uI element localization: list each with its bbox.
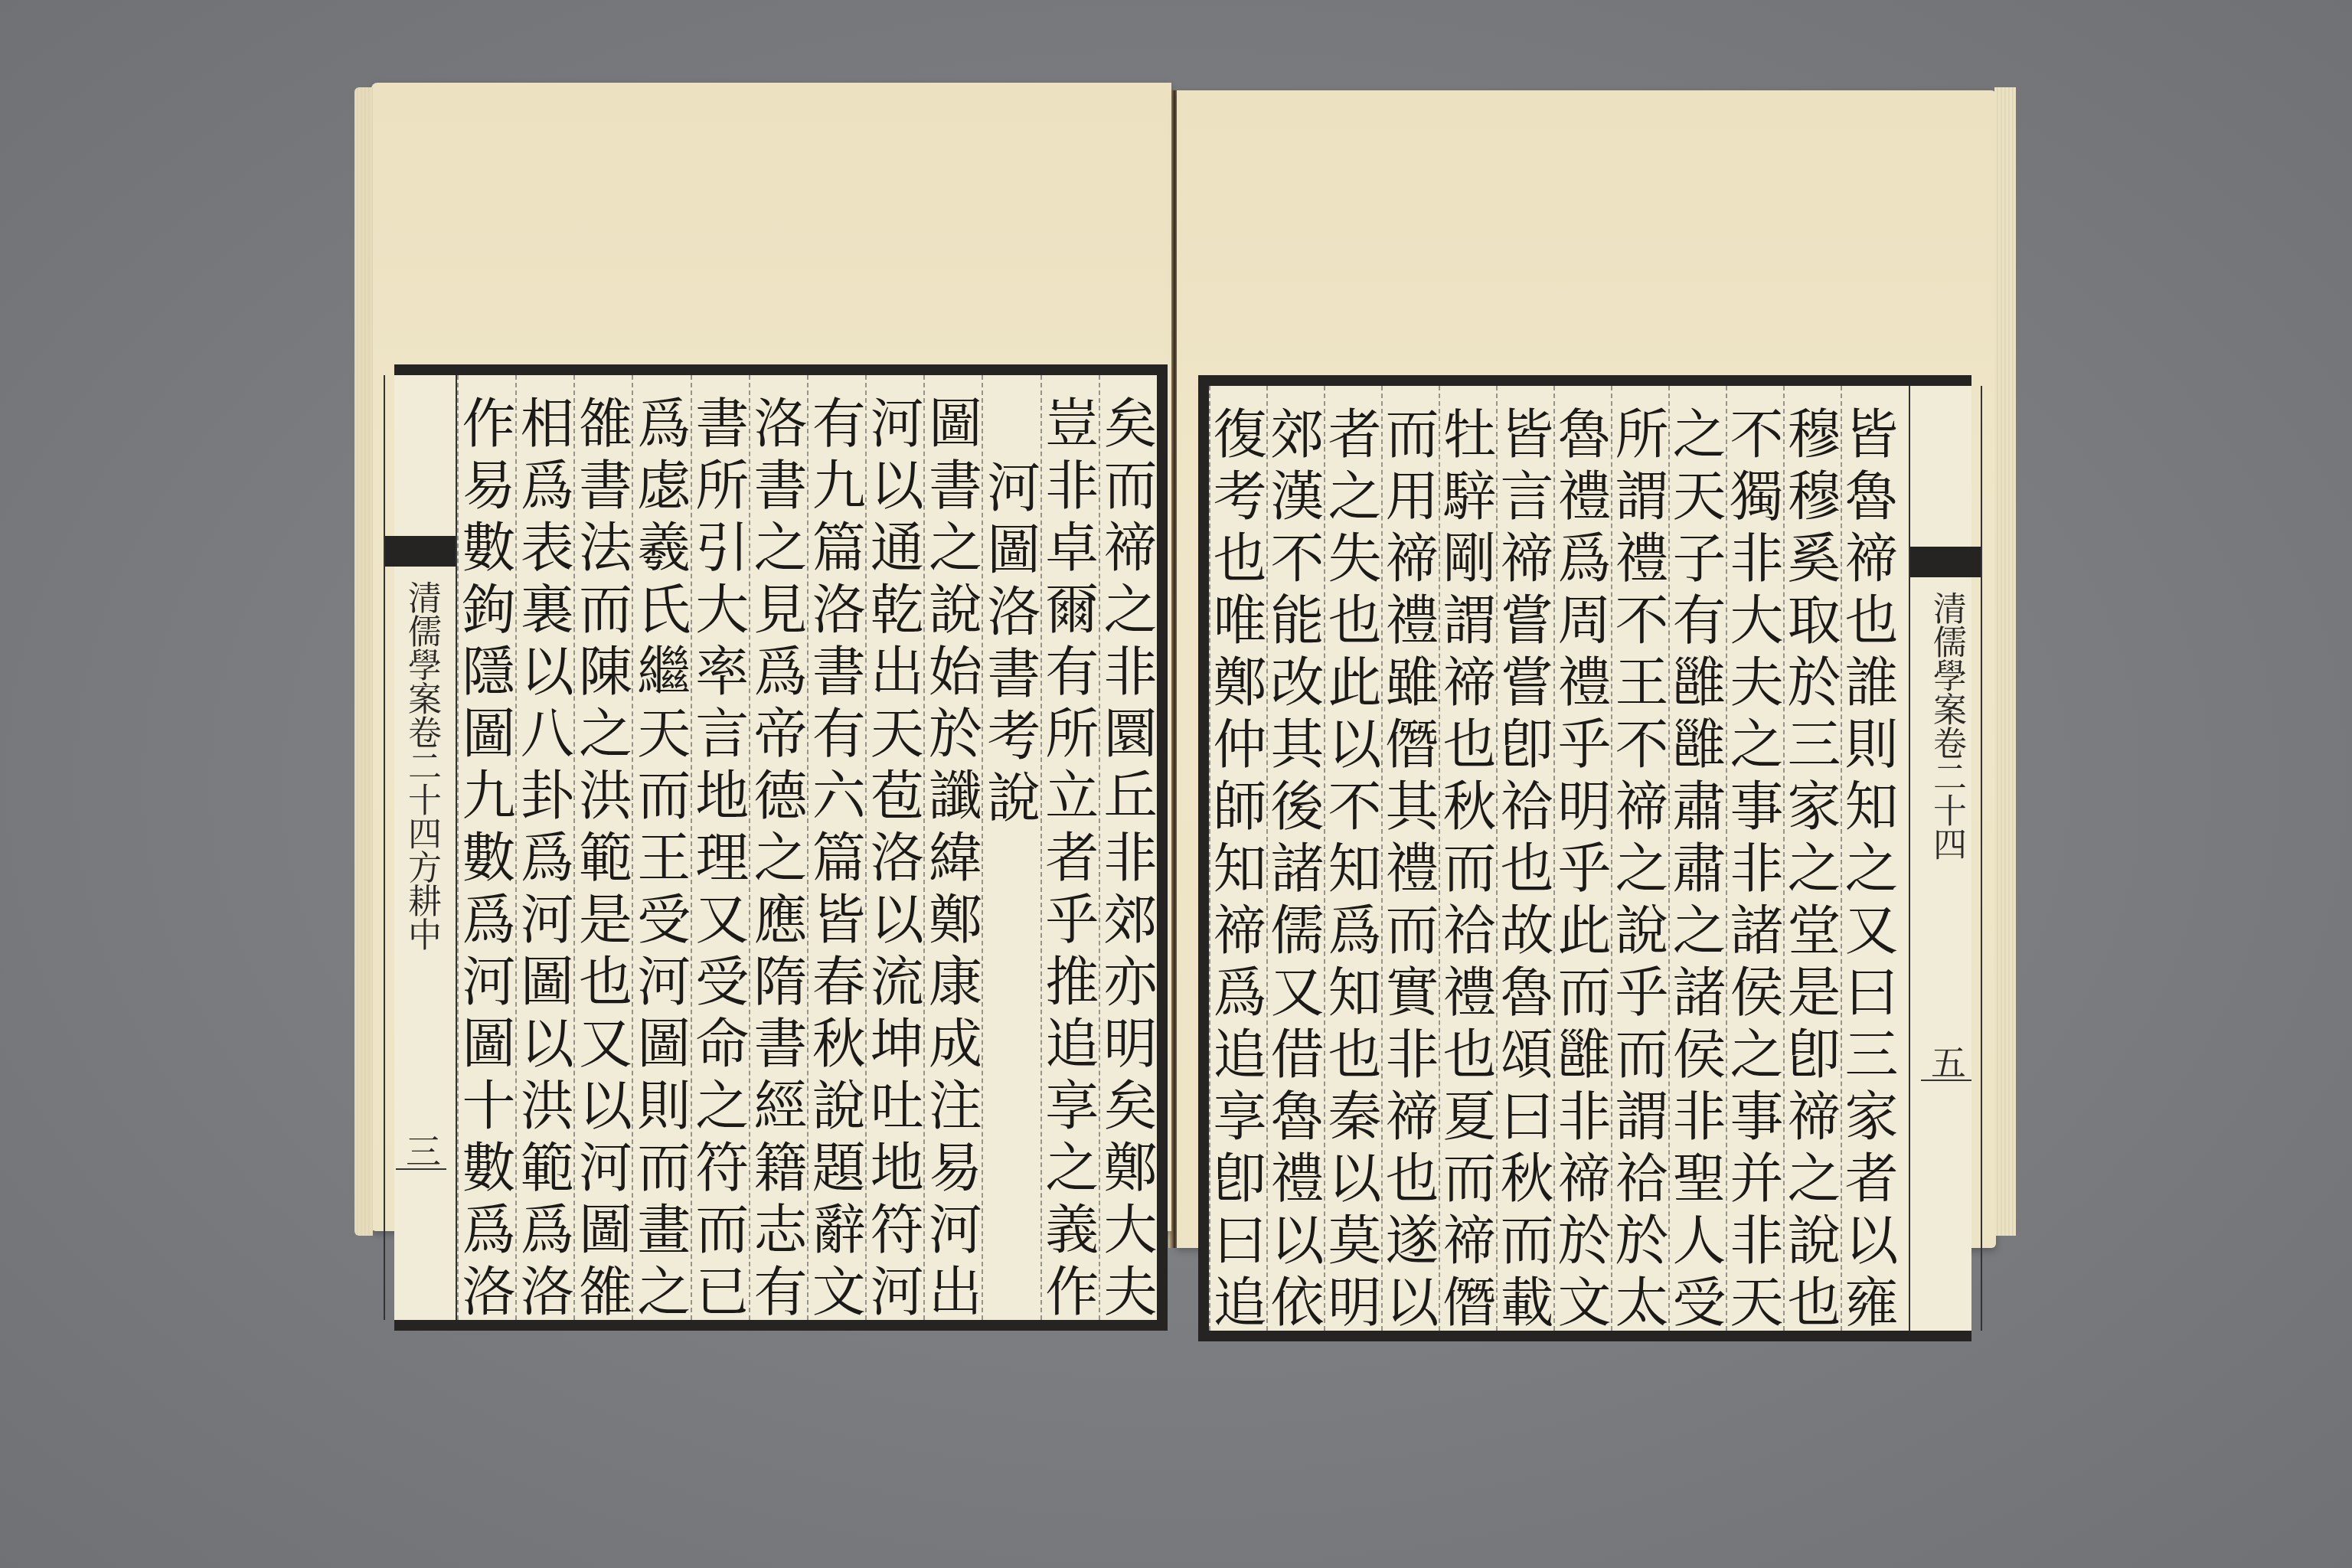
page-number: 五	[1921, 1044, 1971, 1081]
text-column: 雒書法而陳之洪範是也又以河圖雒書相爲經緯八卦九章	[573, 375, 632, 1320]
left-page-edges	[354, 87, 373, 1236]
text-column: 不獨非大夫之事非諸侯之事并非天子七廟之事也有穆穆	[1726, 386, 1783, 1331]
text-column: 皆言禘嘗嘗卽祫也故魯頌曰秋而載嘗謂祫也夏而楅衡白	[1496, 386, 1553, 1331]
text-column: 郊漢不能改其後諸儒又借魯禮以依違其閒而禘禮遂不可	[1266, 386, 1324, 1331]
text-column: 穆穆奚取於三家之堂是卽禘之說也言助祭者惟明堂之事	[1783, 386, 1841, 1331]
text-column: 而用禘禮雖僭其禮而實非禘也遂以魯之祫爲周之禘議禮	[1381, 386, 1439, 1331]
text-column: 皆魯禘也誰則知之又曰三家者以雍徹子曰相維辟公天子	[1841, 386, 1898, 1331]
text-column: 所謂禮不王不禘之說乎而謂祫於太廟禘各於其廟者非以	[1611, 386, 1668, 1331]
text-column: 書所引大率言地理又受命之符而已漢書五行志載劉歆以	[691, 375, 749, 1320]
text-column: 者之失也此以不知爲知也秦以莫明其祖所自出而以禘爲	[1324, 386, 1381, 1331]
text-column: 圖書之說始於讖緯鄭康成注易河出圖洛出書引春秋緯云	[923, 375, 982, 1320]
left-page: 清儒學案卷二十四方耕中 三 矣而禘之非圜丘非郊亦明矣鄭大夫不爲讖其子不失家法 豈…	[371, 83, 1171, 1231]
right-fold-margin: 清儒學案卷二十四 五	[1909, 386, 1982, 1331]
right-text-columns: 皆魯禘也誰則知之又曰三家者以雍徹子曰相維辟公天子 穆穆奚取於三家之堂是卽禘之說也…	[1209, 386, 1898, 1331]
text-column: 牡騂剛謂禘也秋而祫禮也夏而禘僭也魯亦不自知其以祫	[1439, 386, 1496, 1331]
left-text-columns: 矣而禘之非圜丘非郊亦明矣鄭大夫不爲讖其子不失家法 豈非卓爾有所立者乎推追享之義作…	[457, 375, 1157, 1320]
text-column: 河以通乾出天苞洛以流坤吐地符河龍圖發洛龜書感河圖	[865, 375, 923, 1320]
right-print-frame: 皆魯禘也誰則知之又曰三家者以雍徹子曰相維辟公天子 穆穆奚取於三家之堂是卽禘之說也…	[1198, 375, 1971, 1341]
text-column: 爲虙羲氏繼天而王受河圖則而畫之八卦是也禹治洪水賜	[632, 375, 690, 1320]
text-column: 相爲表裏以八卦爲河圖以洪範爲洛書蓋始于此矣宋劉牧	[515, 375, 573, 1320]
right-page: 皆魯禘也誰則知之又曰三家者以雍徹子曰相維辟公天子 穆穆奚取於三家之堂是卽禘之說也…	[1177, 90, 1996, 1248]
fishtail-mark	[385, 536, 456, 567]
text-column: 洛書之見爲帝德之應隋書經籍志有河圖二十卷閒見于羣	[749, 375, 807, 1320]
text-column: 復考也唯鄭仲師知禘爲追享卽曰追享則禘其祖所自出明	[1209, 386, 1266, 1331]
left-fold-margin: 清儒學案卷二十四方耕中 三	[384, 375, 457, 1320]
text-column: 作易數鉤隱圖九數爲河圖十數爲洛書蔡元定以其易置圖	[457, 375, 515, 1320]
text-column: 矣而禘之非圜丘非郊亦明矣鄭大夫不爲讖其子不失家法	[1099, 375, 1157, 1320]
fold-title: 清儒學案卷二十四方耕中	[396, 580, 446, 951]
fold-title: 清儒學案卷二十四	[1921, 591, 1971, 861]
text-column: 魯禮爲周禮乎明乎此而雝非禘於文王之廟又可知矣傳記	[1553, 386, 1611, 1331]
text-column: 之天子有雝雝肅肅之諸侯非聖人受命而王者奚取焉非傳	[1668, 386, 1726, 1331]
section-title: 河圖洛書考說	[982, 375, 1040, 1320]
text-column: 有九篇洛書有六篇皆春秋說題辭文也易乾鑿度亦言河圖	[807, 375, 865, 1320]
right-page-edges	[1994, 87, 2016, 1236]
fishtail-mark	[1910, 547, 1981, 577]
page-number: 三	[396, 1133, 446, 1170]
text-column: 豈非卓爾有所立者乎推追享之義作禘說	[1040, 375, 1099, 1320]
left-print-frame: 清儒學案卷二十四方耕中 三 矣而禘之非圜丘非郊亦明矣鄭大夫不爲讖其子不失家法 豈…	[394, 364, 1168, 1331]
